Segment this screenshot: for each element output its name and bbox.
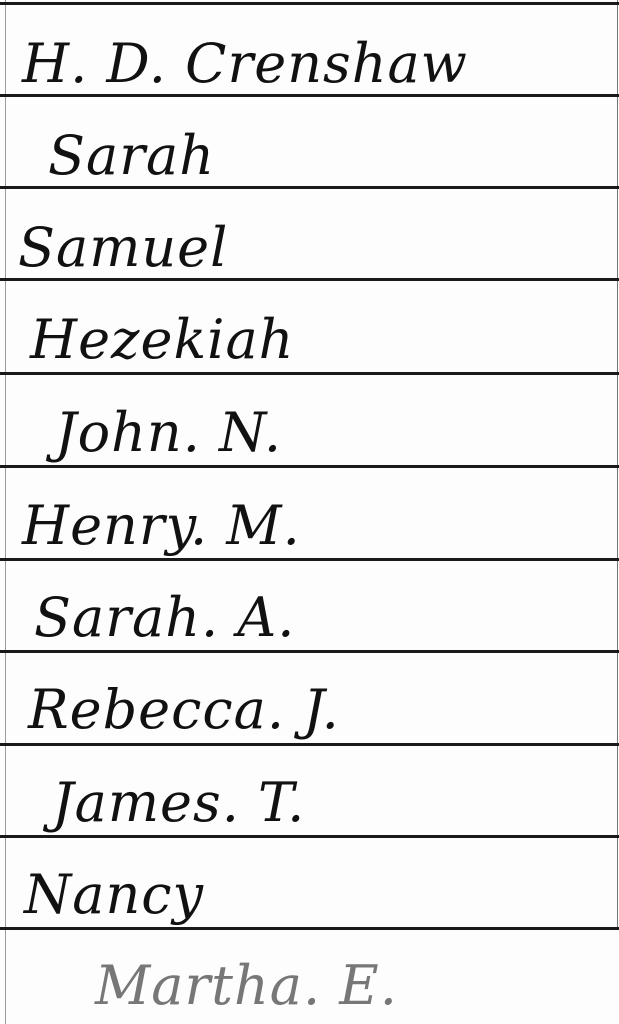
entry-name: Rebecca. J. [0, 664, 619, 756]
entry-name: Sarah [0, 110, 619, 202]
entry-name: Henry. M. [0, 480, 619, 572]
entry-name: Sarah. A. [0, 572, 619, 664]
entry-name: Samuel [0, 202, 619, 294]
entry-name: Hezekiah [0, 294, 619, 386]
ledger-page: H. D. Crenshaw Sarah Samuel Hezekiah Joh… [0, 0, 619, 1024]
entry-name: H. D. Crenshaw [0, 18, 619, 110]
row-rule [0, 2, 619, 5]
entry-name: Martha. E. [0, 940, 619, 1024]
entry-name: John. N. [0, 387, 619, 479]
entry-name: James. T. [0, 757, 619, 849]
entry-name: Nancy [0, 849, 619, 941]
